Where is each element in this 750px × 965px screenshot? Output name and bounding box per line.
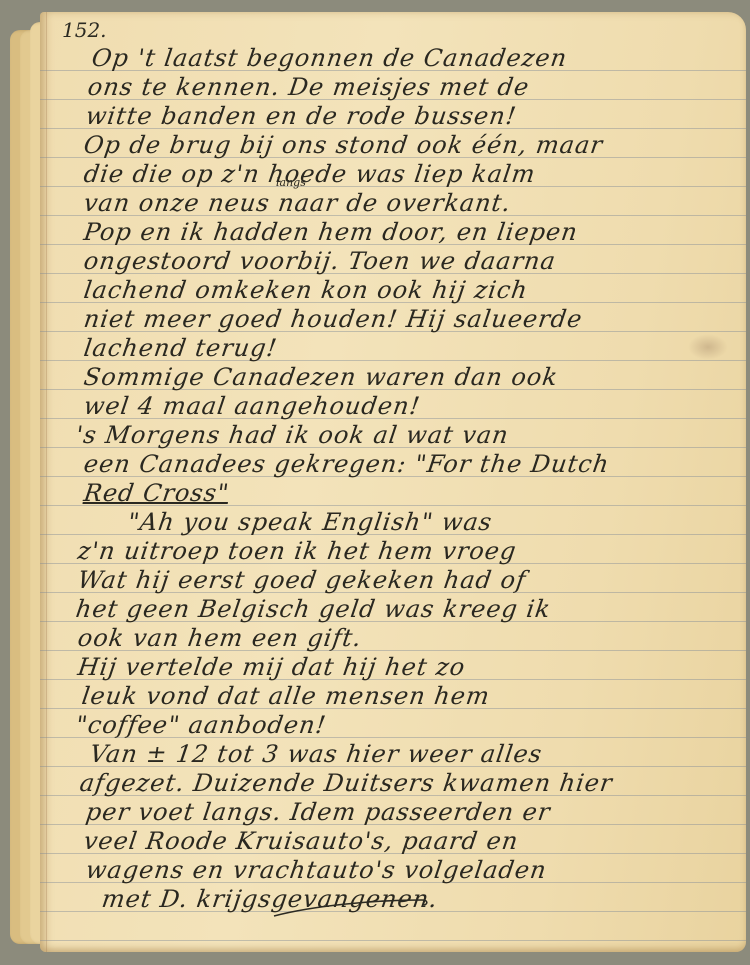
text-line: een Canadees gekregen: "For the Dutch xyxy=(82,450,611,478)
text-line: 's Morgens had ik ook al wat van xyxy=(74,421,511,449)
text-line: ongestoord voorbij. Toen we daarna xyxy=(82,247,558,275)
text-line: Op 't laatst begonnen de Canadezen xyxy=(90,44,569,72)
text-line-underlined: Red Cross" xyxy=(82,479,231,507)
text-line: wel 4 maal aangehouden! xyxy=(82,392,422,420)
text-line: ons te kennen. De meisjes met de xyxy=(86,73,531,101)
text-line: z'n uitroep toen ik het hem vroeg xyxy=(76,537,518,565)
end-flourish xyxy=(272,896,432,920)
text-line: wagens en vrachtauto's volgeladen xyxy=(84,856,549,884)
text-insertion: langs xyxy=(276,176,306,189)
text-line: die die op z'n hoede was liep kalm xyxy=(82,160,537,188)
notebook: 152. Op 't laatst begonnen de Canadezen … xyxy=(10,12,746,952)
text-line: Van ± 12 tot 3 was hier weer alles xyxy=(88,740,544,768)
ink-smudge xyxy=(688,334,728,360)
text-line: leuk vond dat alle mensen hem xyxy=(80,682,492,710)
text-line: van onze neus naar de overkant. xyxy=(82,189,513,217)
page-number: 152. xyxy=(62,18,107,42)
text-line: niet meer goed houden! Hij salueerde xyxy=(82,305,584,333)
text-line: witte banden en de rode bussen! xyxy=(84,102,518,130)
text-line: lachend omkeken kon ook hij zich xyxy=(82,276,530,304)
text-line: "Ah you speak English" was xyxy=(126,508,494,536)
text-line: Wat hij eerst goed gekeken had of xyxy=(76,566,528,594)
text-line: het geen Belgisch geld was kreeg ik xyxy=(74,595,553,623)
text-line: Hij vertelde mij dat hij het zo xyxy=(76,653,467,681)
text-line: Pop en ik hadden hem door, en liepen xyxy=(82,218,580,246)
text-line: afgezet. Duizende Duitsers kwamen hier xyxy=(78,769,615,797)
text-line: "coffee" aanboden! xyxy=(74,711,328,739)
text-line: lachend terug! xyxy=(82,334,279,362)
text-line: Op de brug bij ons stond ook één, maar xyxy=(82,131,605,159)
margin-line xyxy=(46,12,47,952)
text-line: ook van hem een gift. xyxy=(76,624,364,652)
diary-page: 152. Op 't laatst begonnen de Canadezen … xyxy=(40,12,746,952)
text-line: per voet langs. Idem passeerden er xyxy=(84,798,552,826)
ruled-line xyxy=(40,940,746,941)
text-line: veel Roode Kruisauto's, paard en xyxy=(82,827,520,855)
text-line: Sommige Canadezen waren dan ook xyxy=(82,363,560,391)
